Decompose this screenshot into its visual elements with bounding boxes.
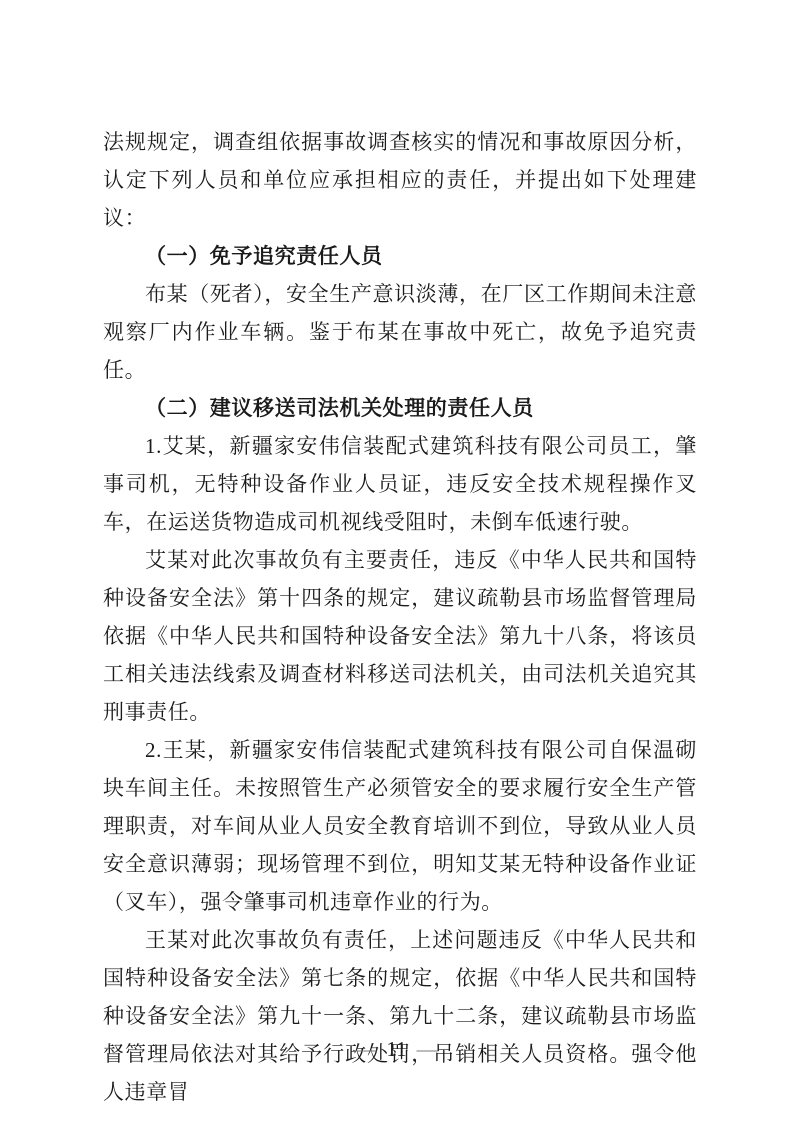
body-paragraph: 1.艾某，新疆家安伟信装配式建筑科技有限公司员工，肇事司机，无特种设备作业人员证… [103,427,697,541]
body-paragraph: 法规规定，调查组依据事故调查核实的情况和事故原因分析，认定下列人员和单位应承担相… [103,123,697,237]
footer-dash-left: — [355,1037,376,1061]
footer-dash-right: — [417,1037,438,1061]
page-number: 11 [386,1036,406,1062]
document-body: 法规规定，调查组依据事故调查核实的情况和事故原因分析，认定下列人员和单位应承担相… [103,123,697,1111]
document-page: 法规规定，调查组依据事故调查核实的情况和事故原因分析，认定下列人员和单位应承担相… [0,0,793,1122]
body-paragraph: 2.王某，新疆家安伟信装配式建筑科技有限公司自保温砌块车间主任。未按照管生产必须… [103,731,697,921]
section-heading: （一）免予追究责任人员 [103,237,697,275]
body-paragraph: 王某对此次事故负有责任，上述问题违反《中华人民共和国特种设备安全法》第七条的规定… [103,921,697,1111]
section-heading: （二）建议移送司法机关处理的责任人员 [103,389,697,427]
body-paragraph: 艾某对此次事故负有主要责任，违反《中华人民共和国特种设备安全法》第十四条的规定，… [103,541,697,731]
page-footer: —11— [0,1036,793,1062]
body-paragraph: 布某（死者），安全生产意识淡薄，在厂区工作期间未注意观察厂内作业车辆。鉴于布某在… [103,275,697,389]
